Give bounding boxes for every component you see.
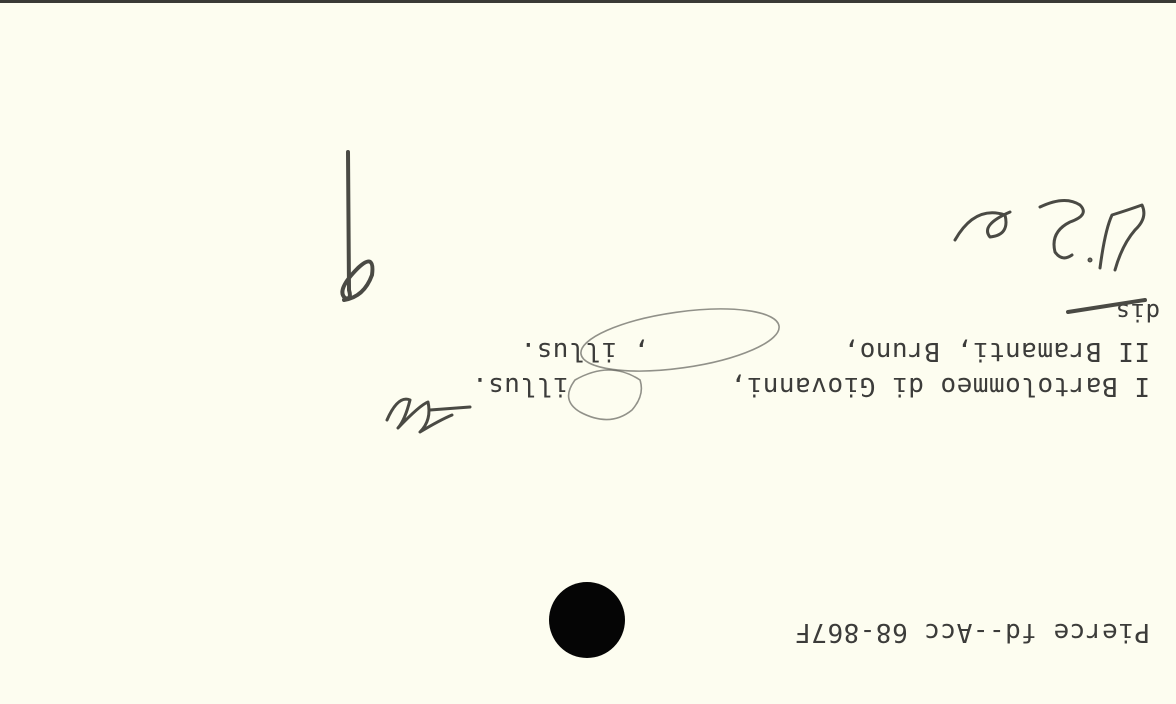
source-line: Pierce fd--Acc 68-867F [690,617,1150,647]
entry-line-i: I Bartolommeo di Giovanni, illus. [450,371,1150,401]
dis-annotation: dis [1100,298,1160,326]
shelf-mark-handwriting [955,200,1144,270]
card-top-edge [0,0,1176,3]
entry-line-ii: II Bramanti, Bruno, , illus. [450,336,1150,366]
signature-mark [387,399,470,432]
catalog-card: I Bartolommeo di Giovanni, illus. II Bra… [0,0,1176,704]
punch-hole [549,582,625,658]
hook-mark-9 [342,152,372,300]
